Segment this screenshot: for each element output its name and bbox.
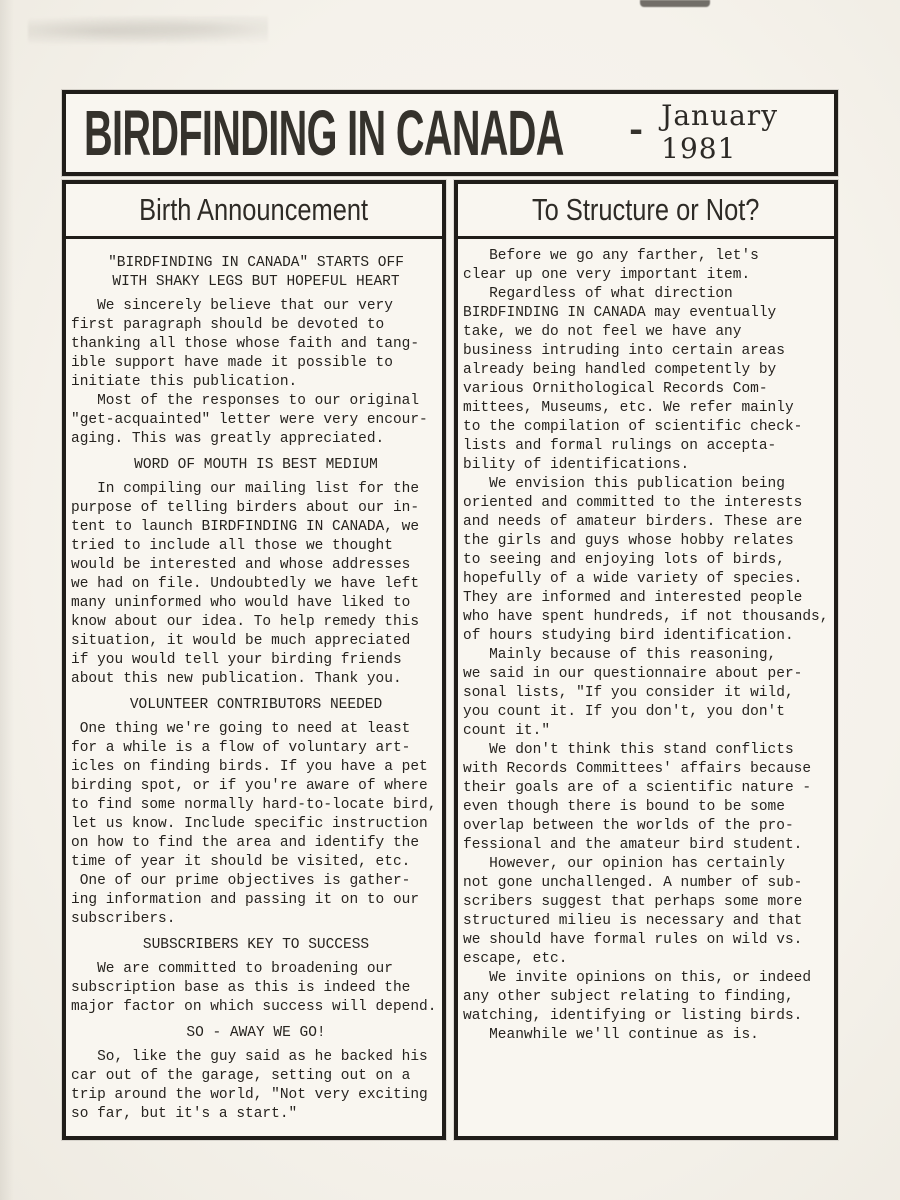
paragraph: In compiling our mailing list for the pu… <box>71 480 441 689</box>
section-heading: VOLUNTEER CONTRIBUTORS NEEDED <box>71 696 441 715</box>
column-left-title: Birth Announcement <box>140 192 369 228</box>
column-left-header: Birth Announcement <box>66 184 442 239</box>
paragraph: We sincerely believe that our very first… <box>71 297 441 449</box>
column-right-header: To Structure or Not? <box>458 184 834 239</box>
section-heading: WORD OF MOUTH IS BEST MEDIUM <box>71 456 441 475</box>
column-left: Birth Announcement "BIRDFINDING IN CANAD… <box>62 180 446 1140</box>
section-heading: "BIRDFINDING IN CANADA" STARTS OFF WITH … <box>71 254 441 292</box>
column-left-body: "BIRDFINDING IN CANADA" STARTS OFF WITH … <box>66 239 442 1136</box>
column-right-title: To Structure or Not? <box>532 192 759 228</box>
masthead: BIRDFINDING IN CANADA - January 1981 <box>62 90 838 176</box>
column-right-body: Before we go any farther, let's clear up… <box>458 239 834 1136</box>
scan-artifact-smudge <box>28 16 268 46</box>
columns: Birth Announcement "BIRDFINDING IN CANAD… <box>62 180 838 1140</box>
paragraph: We are committed to broadening our subsc… <box>71 960 441 1017</box>
column-right: To Structure or Not? Before we go any fa… <box>454 180 838 1140</box>
section-heading: SUBSCRIBERS KEY TO SUCCESS <box>71 936 441 955</box>
newsletter-title: BIRDFINDING IN CANADA <box>84 96 564 170</box>
section-heading: SO - AWAY WE GO! <box>71 1024 441 1043</box>
issue-date: January 1981 <box>661 99 812 165</box>
title-date-separator: - <box>629 110 643 150</box>
scan-artifact-blob <box>640 0 710 7</box>
newsletter-title-wrap: BIRDFINDING IN CANADA <box>84 98 629 168</box>
paragraph: Before we go any farther, let's clear up… <box>463 247 833 1045</box>
scan-artifact-edge-shade <box>0 0 14 1200</box>
paragraph: One thing we're going to need at least f… <box>71 720 441 929</box>
newsletter-page: BIRDFINDING IN CANADA - January 1981 Bir… <box>62 90 838 1140</box>
paragraph: So, like the guy said as he backed his c… <box>71 1048 441 1124</box>
